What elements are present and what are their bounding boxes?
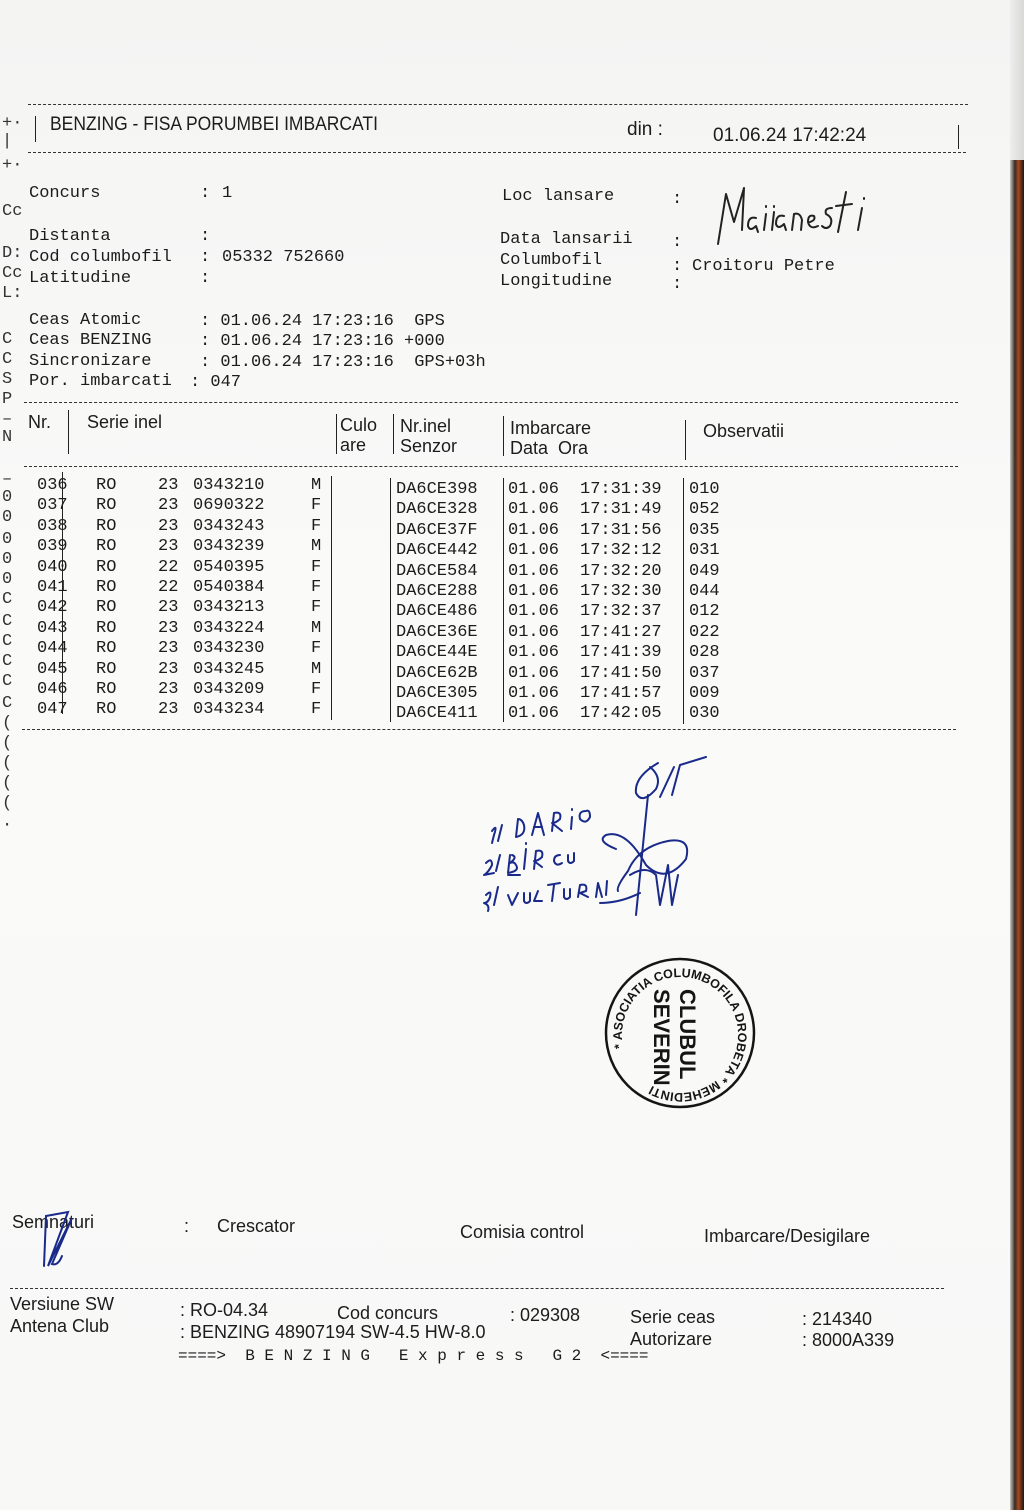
por-imbarcati-label: Por. imbarcati [29,372,172,392]
col-divider-sex [331,476,332,720]
stamp-line-2: SEVERIN [649,989,674,1086]
cell-observatii: 030 [689,704,720,724]
cell-nr: 036 [37,476,68,496]
margin-fragment: Cc [2,264,22,283]
header-bottom-rule [28,152,966,153]
col-divider-time [683,478,684,724]
header-top-rule [28,104,968,105]
col-header-serie: Serie inel [87,412,162,432]
cell-year: 23 [158,619,178,639]
table-row: 046RO230343209FDA6CE30501.0617:41:57009 [0,680,760,700]
print-datetime: 01.06.24 17:42:24 [713,126,866,146]
concurs-sep: : [200,184,220,204]
cell-sex: F [311,496,321,516]
margin-fragment: C [2,350,12,369]
cell-nr: 037 [37,496,68,516]
loc-lansare-label: Loc lansare [502,187,614,207]
sincronizare-label: Sincronizare [29,352,151,372]
comisia-control-label: Comisia control [460,1222,584,1242]
cell-ring: 0343245 [193,660,264,680]
cell-country: RO [96,598,116,618]
cell-ring: 0690322 [193,496,264,516]
cell-sex: M [311,619,321,639]
header-right-bar [958,125,959,149]
table-row: 047RO230343234FDA6CE41101.0617:42:05030 [0,700,760,720]
cell-sex: F [311,680,321,700]
distanta-sep: : [200,227,210,247]
margin-fragment: L: [2,284,22,303]
columbofil-value: Croitoru Petre [692,257,835,277]
cell-ring: 0343234 [193,700,264,720]
col-divider [685,420,686,460]
table-row: 043RO230343224MDA6CE36E01.0617:41:27022 [0,619,760,639]
cell-year: 22 [158,558,178,578]
cell-ring: 0343209 [193,680,264,700]
margin-fragment: ( [2,774,12,793]
antena-club-value: : BENZING 48907194 SW-4.5 HW-8.0 [180,1322,485,1342]
margin-fragment: +· [2,114,22,133]
antena-club-label: Antena Club [10,1316,109,1336]
cod-columbofil-value: 05332 752660 [222,248,344,268]
concurs-label: Concurs [29,184,100,204]
cell-year: 23 [158,700,178,720]
col-header-culoare-2: are [340,435,366,455]
cell-year: 23 [158,680,178,700]
document-title: BENZING - FISA PORUMBEI IMBARCATI [50,115,378,135]
cell-sex: F [311,639,321,659]
table-row: 039RO230343239MDA6CE44201.0617:32:12031 [0,537,760,557]
columbofil-sep: : [672,257,692,277]
cell-year: 23 [158,537,178,557]
col-divider [503,416,504,456]
table-row: 045RO230343245MDA6CE62B01.0617:41:50037 [0,660,760,680]
table-top-rule [24,402,958,403]
col-divider-nr [62,472,63,714]
latitudine-sep: : [200,269,210,289]
cell-ring: 0343224 [193,619,264,639]
margin-fragment: · [2,816,12,835]
longitudine-sep: : [672,275,682,295]
table-row: 040RO220540395FDA6CE58401.0617:32:20049 [0,558,760,578]
col-divider-culoare [390,478,391,722]
din-label: din : [627,120,663,140]
columbofil-label: Columbofil [500,251,602,271]
cod-columbofil-label: Cod columbofil [29,248,172,268]
cell-time: 17:42:05 [580,704,662,724]
col-header-nrinel-1: Nr.inel [400,416,451,436]
stamp-line-1: CLUBUL [675,989,700,1079]
cell-year: 23 [158,517,178,537]
cell-sex: F [311,598,321,618]
cod-columbofil-label-text: Cod columbofil [29,248,172,267]
cell-year: 22 [158,578,178,598]
data-lansarii-sep: : [672,233,682,253]
cell-country: RO [96,660,116,680]
col-header-observatii: Observatii [703,421,784,441]
cell-ring: 0343243 [193,517,264,537]
table-header-rule [24,466,958,467]
cell-country: RO [96,496,116,516]
margin-fragment: C [2,330,12,349]
cell-date: 01.06 [508,704,559,724]
loc-lansare-handwritten [712,178,892,248]
cell-sex: M [311,660,321,680]
margin-fragment: Cc [2,202,22,221]
cell-year: 23 [158,660,178,680]
cell-nr: 042 [37,598,68,618]
por-imbarcati-value: : 047 [190,373,241,393]
cod-concurs-value: : 029308 [510,1305,580,1325]
col-header-imbarcare-1: Imbarcare [510,418,591,438]
cell-year: 23 [158,476,178,496]
serie-ceas-value: : 214340 [802,1309,872,1329]
serie-ceas-label: Serie ceas [630,1307,715,1327]
margin-fragment: N [2,428,12,447]
cell-sex: F [311,558,321,578]
margin-fragment: P [2,390,12,409]
cell-ring: 0343230 [193,639,264,659]
cell-sensor: DA6CE411 [396,704,478,724]
table-row: 036RO230343210MDA6CE39801.0617:31:39010 [0,476,760,496]
cod-columbofil-sep: : [200,248,220,268]
cell-nr: 044 [37,639,68,659]
margin-fragment: ( [2,734,12,753]
cell-year: 23 [158,598,178,618]
cell-nr: 046 [37,680,68,700]
ceas-atomic-label: Ceas Atomic [29,311,141,331]
margin-fragment: D: [2,244,22,263]
cell-sex: M [311,476,321,496]
margin-fragment: ( [2,754,12,773]
versiune-sw-value: : RO-04.34 [180,1300,268,1320]
margin-fragment: S [2,370,12,389]
autorizare-value: : 8000A339 [802,1330,894,1350]
cell-country: RO [96,537,116,557]
col-divider [336,414,337,454]
club-stamp: * ASOCIATIA COLUMBOFILA DROBETA * MEHEDI… [600,955,760,1115]
header-left-bar [35,116,36,142]
col-divider-senzor [503,478,504,722]
cell-year: 23 [158,639,178,659]
table-row: 037RO230690322FDA6CE32801.0617:31:49052 [0,496,760,516]
cell-country: RO [96,578,116,598]
cell-ring: 0540384 [193,578,264,598]
cell-year: 23 [158,496,178,516]
ceas-benzing-label: Ceas BENZING [29,331,151,351]
cell-sex: F [311,578,321,598]
col-divider [68,410,69,454]
cell-nr: 045 [37,660,68,680]
col-header-nrinel-2: Senzor [400,436,457,456]
cell-country: RO [96,517,116,537]
imbarcare-desigilare-label: Imbarcare/Desigilare [704,1226,870,1246]
cell-nr: 047 [37,700,68,720]
margin-fragment: ( [2,794,12,813]
margin-fragment: – [2,410,12,429]
cell-nr: 039 [37,537,68,557]
semnaturi-sep: : [184,1216,189,1236]
cell-country: RO [96,476,116,496]
table-row: 044RO230343230FDA6CE44E01.0617:41:39028 [0,639,760,659]
cell-ring: 0343213 [193,598,264,618]
latitudine-label: Latitudine [29,269,131,289]
cell-sex: F [311,700,321,720]
cell-country: RO [96,680,116,700]
footer-rule [10,1288,944,1289]
margin-fragment: | [2,132,12,151]
data-lansarii-label: Data lansarii [500,230,633,250]
cell-ring: 0540395 [193,558,264,578]
distanta-label: Distanta [29,227,111,247]
table-row: 038RO230343243FDA6CE37F01.0617:31:56035 [0,517,760,537]
cell-ring: 0343210 [193,476,264,496]
sincronizare-value: : 01.06.24 17:23:16 GPS+03h [200,353,486,373]
loc-lansare-sep: : [672,190,682,210]
background-edge [1010,160,1024,1510]
col-header-imbarcare-2: Data Ora [510,438,588,458]
benzing-express-banner: ====> B E N Z I N G E x p r e s s G 2 <=… [178,1346,648,1366]
table-row: 042RO230343213FDA6CE48601.0617:32:37012 [0,598,760,618]
cell-nr: 041 [37,578,68,598]
cell-country: RO [96,639,116,659]
cell-country: RO [96,619,116,639]
cell-nr: 038 [37,517,68,537]
cell-country: RO [96,700,116,720]
cell-nr: 043 [37,619,68,639]
ceas-atomic-value: : 01.06.24 17:23:16 GPS [200,312,445,332]
cell-sex: M [311,537,321,557]
margin-fragment: +· [2,156,22,175]
paper-edge [1010,0,1024,160]
table-bottom-rule [22,729,956,730]
col-divider [393,414,394,454]
cell-nr: 040 [37,558,68,578]
handwritten-notes-signature [476,755,716,930]
cod-concurs-label: Cod concurs [337,1303,438,1323]
cell-sex: F [311,517,321,537]
crescator-signature [38,1208,78,1270]
ceas-benzing-value: : 01.06.24 17:23:16 +000 [200,332,445,352]
col-header-culoare-1: Culo [340,415,377,435]
crescator-label: Crescator [217,1216,295,1236]
concurs-value: 1 [222,184,232,204]
cell-ring: 0343239 [193,537,264,557]
longitudine-label: Longitudine [500,272,612,292]
col-header-nr: Nr. [28,412,51,432]
cell-country: RO [96,558,116,578]
versiune-sw-label: Versiune SW [10,1294,114,1314]
table-row: 041RO220540384FDA6CE28801.0617:32:30044 [0,578,760,598]
